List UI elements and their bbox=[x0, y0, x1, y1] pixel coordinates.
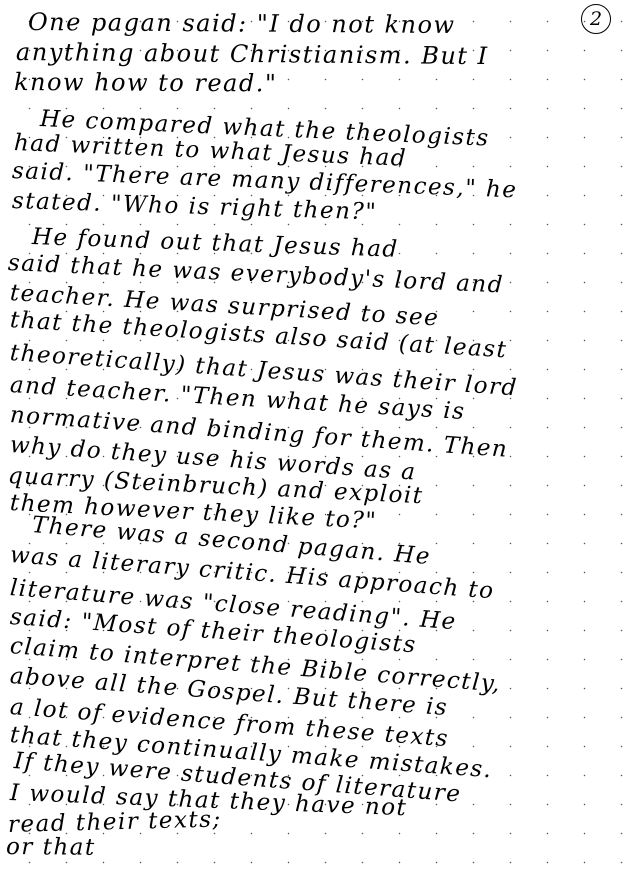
page-number-circle: 2 bbox=[581, 4, 611, 34]
handwritten-line: anything about Christianism. But I bbox=[16, 38, 489, 70]
handwritten-line: know how to read." bbox=[14, 68, 278, 97]
handwritten-line: One pagan said: "I do not know bbox=[28, 8, 456, 39]
handwritten-line: or that bbox=[6, 834, 96, 861]
handwritten-line: read their texts; bbox=[8, 806, 222, 838]
scanned-handwritten-page: 2 One pagan said: "I do not knowanything… bbox=[0, 0, 638, 877]
